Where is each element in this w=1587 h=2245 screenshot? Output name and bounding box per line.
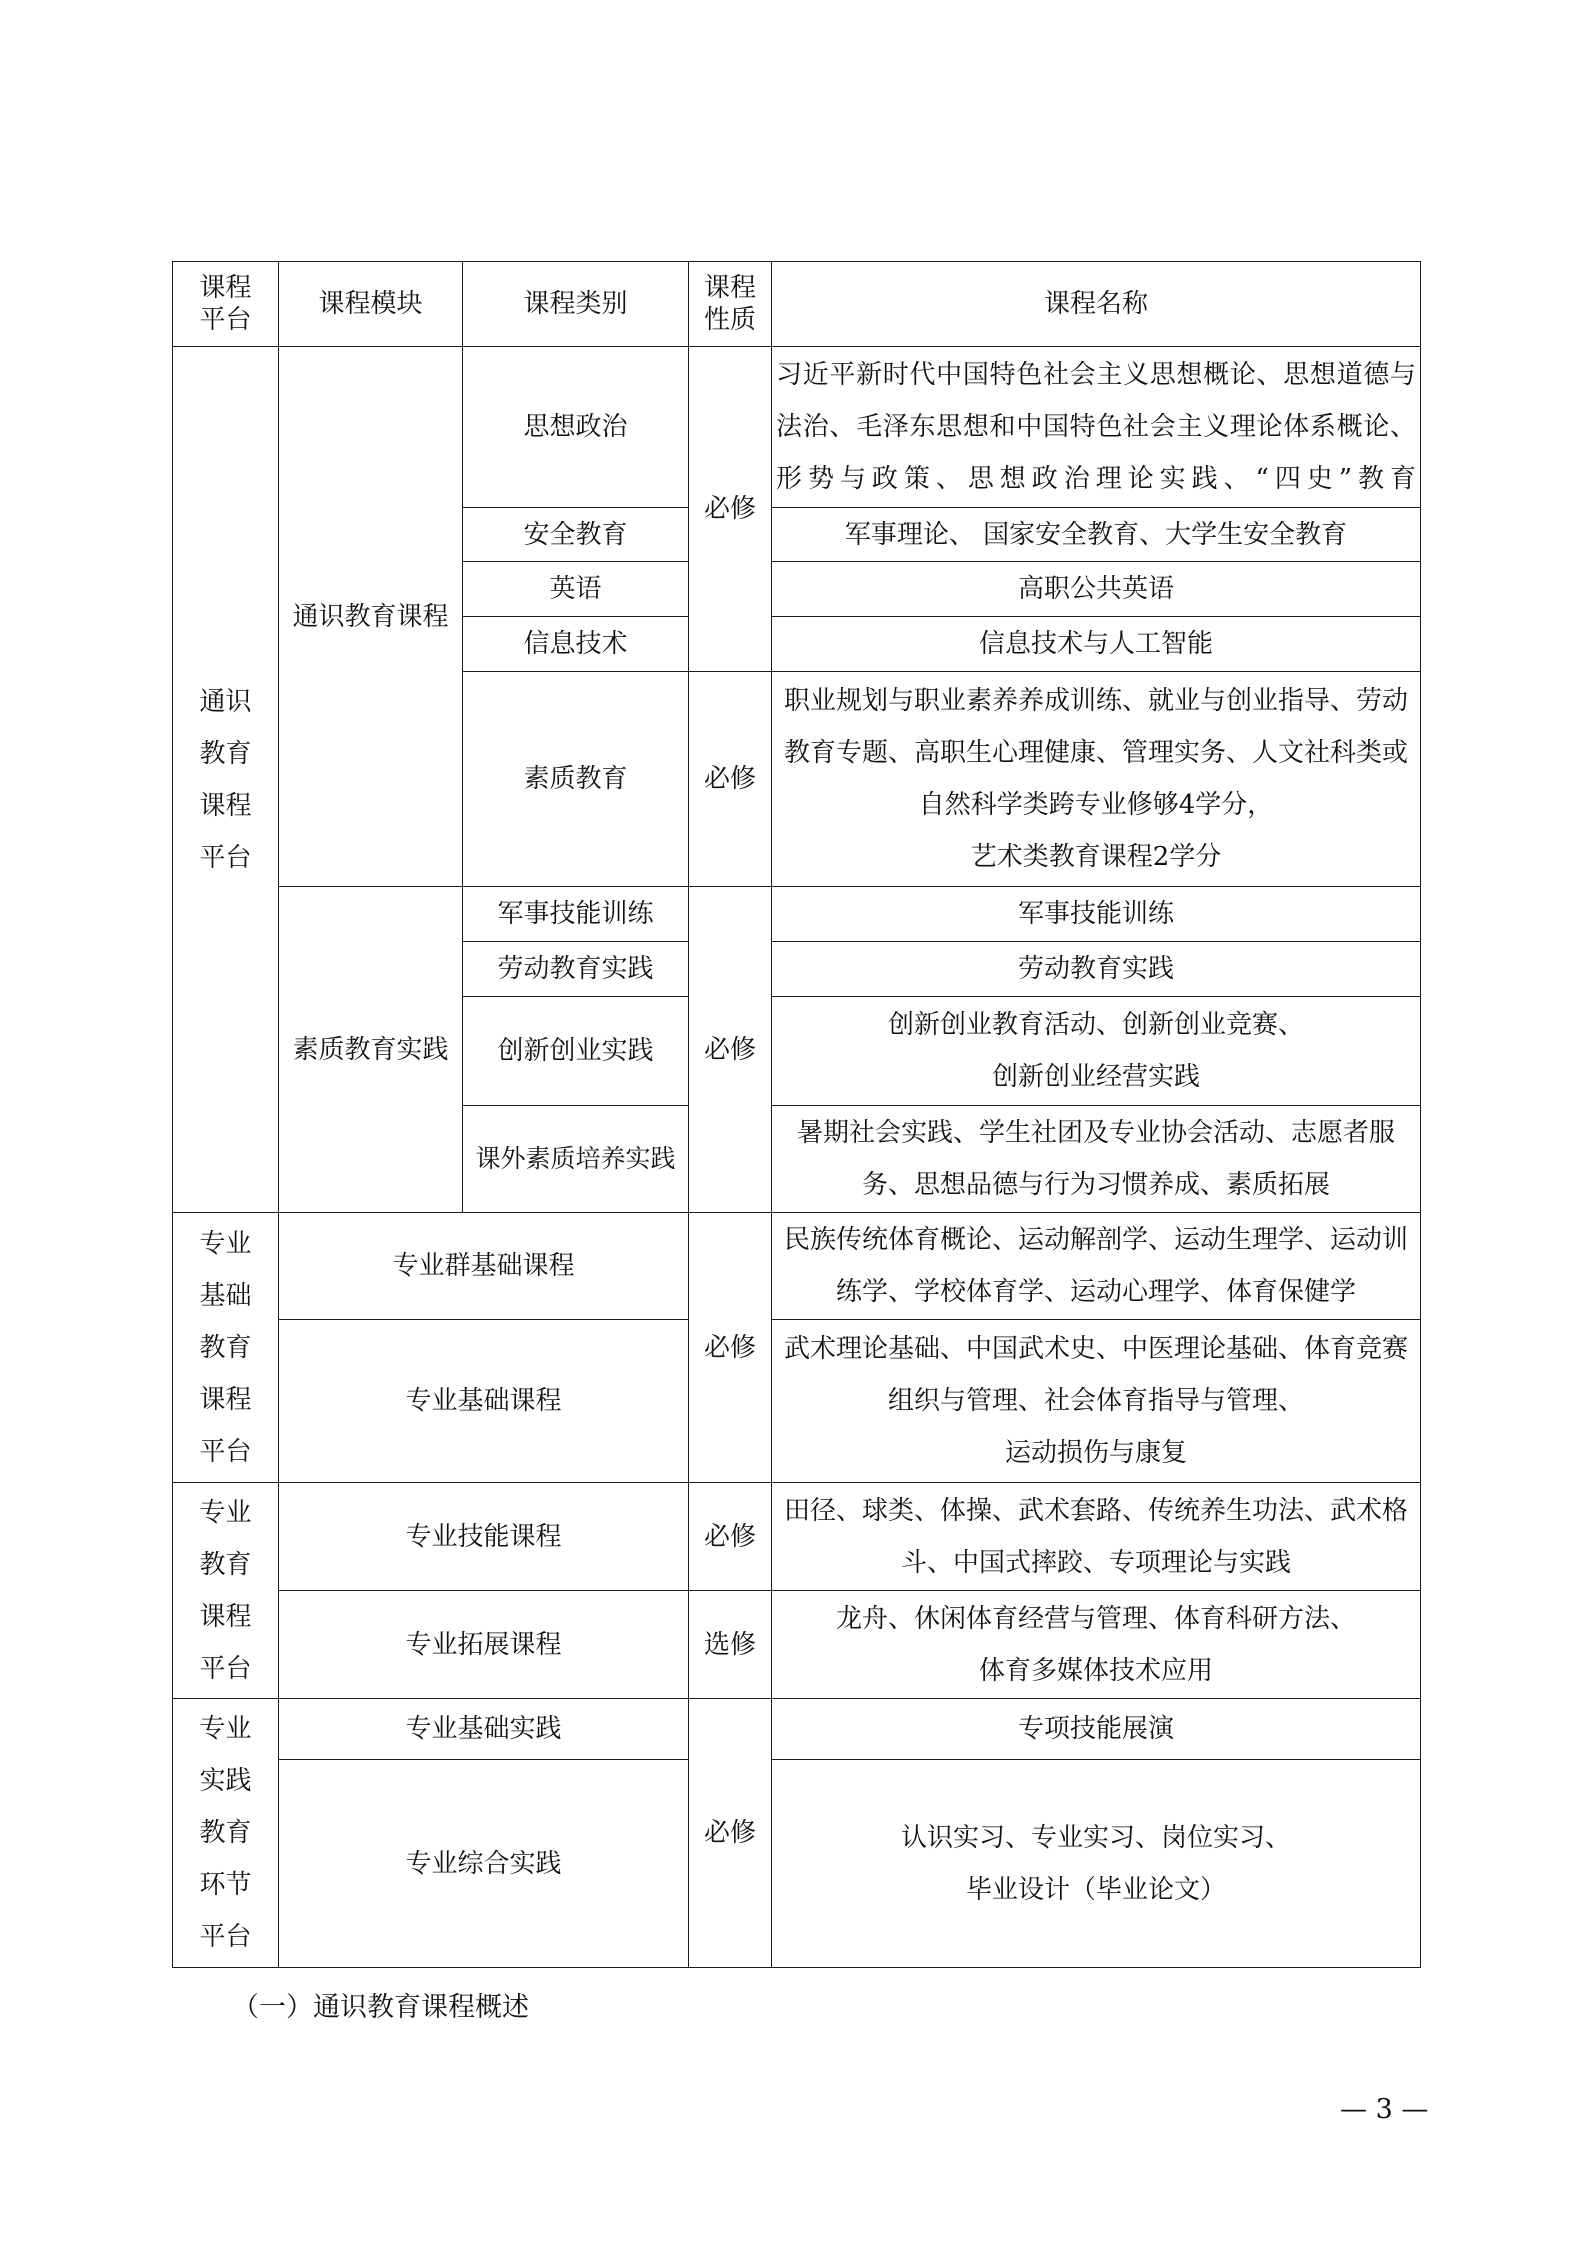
course-names-cell: 田径、球类、体操、武术套路、传统养生功法、武术格斗、中国式摔跤、专项理论与实践 [772,1483,1421,1591]
module-cell: 专业群基础课程 [279,1213,689,1320]
category-cell: 安全教育 [463,508,689,562]
course-names-cell: 信息技术与人工智能 [772,617,1421,672]
platform-cell: 通识 教育 课程 平台 [173,347,279,1213]
category-cell: 创新创业实践 [463,997,689,1106]
page-number: — 3 — [1340,2094,1428,2125]
header-row: 课程 平台 课程模块 课程类别 课程 性质 课程名称 [173,262,1421,347]
platform-cell: 专业 实践 教育 环节 平台 [173,1699,279,1968]
table-row: 素质教育实践 军事技能训练 必修 军事技能训练 [173,887,1421,942]
header-nature: 课程 性质 [689,262,772,347]
table-row: 专业 实践 教育 环节 平台 专业基础实践 必修 专项技能展演 [173,1699,1421,1760]
category-cell: 军事技能训练 [463,887,689,942]
course-names-cell: 专项技能展演 [772,1699,1421,1760]
category-cell: 信息技术 [463,617,689,672]
nature-cell: 必修 [689,1699,772,1968]
category-cell: 课外素质培养实践 [463,1106,689,1213]
table-row: 专业拓展课程 选修 龙舟、休闲体育经营与管理、体育科研方法、 体育多媒体技术应用 [173,1591,1421,1699]
platform-cell: 专业 基础 教育 课程 平台 [173,1213,279,1483]
nature-cell: 必修 [689,1483,772,1591]
course-names-cell: 暑期社会实践、学生社团及专业协会活动、志愿者服务、思想品德与行为习惯养成、素质拓… [772,1106,1421,1213]
table-row: 专业 教育 课程 平台 专业技能课程 必修 田径、球类、体操、武术套路、传统养生… [173,1483,1421,1591]
module-cell: 素质教育实践 [279,887,463,1213]
platform-cell: 专业 教育 课程 平台 [173,1483,279,1699]
course-names-cell: 高职公共英语 [772,562,1421,617]
header-category: 课程类别 [463,262,689,347]
module-cell: 专业技能课程 [279,1483,689,1591]
course-names-cell: 龙舟、休闲体育经营与管理、体育科研方法、 体育多媒体技术应用 [772,1591,1421,1699]
course-names-cell: 职业规划与职业素养养成训练、就业与创业指导、劳动教育专题、高职生心理健康、管理实… [772,672,1421,887]
nature-cell: 必修 [689,347,772,672]
course-names-cell: 军事技能训练 [772,887,1421,942]
category-cell: 劳动教育实践 [463,942,689,997]
table-row: 专业 基础 教育 课程 平台 专业群基础课程 必修 民族传统体育概论、运动解剖学… [173,1213,1421,1320]
category-cell: 思想政治 [463,347,689,508]
course-names-cell: 武术理论基础、中国武术史、中医理论基础、体育竞赛组织与管理、社会体育指导与管理、… [772,1320,1421,1483]
module-cell: 专业综合实践 [279,1760,689,1968]
section-heading: （一）通识教育课程概述 [232,1985,529,2024]
nature-cell: 必修 [689,672,772,887]
table-row: 通识 教育 课程 平台 通识教育课程 思想政治 必修 习近平新时代中国特色社会主… [173,347,1421,508]
course-names-cell: 习近平新时代中国特色社会主义思想概论、思想道德与法治、毛泽东思想和中国特色社会主… [772,347,1421,508]
header-platform: 课程 平台 [173,262,279,347]
course-names-cell: 认识实习、专业实习、岗位实习、 毕业设计（毕业论文） [772,1760,1421,1968]
course-names-cell: 劳动教育实践 [772,942,1421,997]
category-cell: 英语 [463,562,689,617]
module-cell: 通识教育课程 [279,347,463,887]
course-names-cell: 创新创业教育活动、创新创业竞赛、 创新创业经营实践 [772,997,1421,1106]
module-cell: 专业基础实践 [279,1699,689,1760]
header-module: 课程模块 [279,262,463,347]
header-names: 课程名称 [772,262,1421,347]
nature-cell: 必修 [689,1213,772,1483]
course-names-cell: 军事理论、 国家安全教育、大学生安全教育 [772,508,1421,562]
nature-cell: 必修 [689,887,772,1213]
table-row: 专业综合实践 认识实习、专业实习、岗位实习、 毕业设计（毕业论文） [173,1760,1421,1968]
nature-cell: 选修 [689,1591,772,1699]
module-cell: 专业基础课程 [279,1320,689,1483]
category-cell: 素质教育 [463,672,689,887]
table-row: 专业基础课程 武术理论基础、中国武术史、中医理论基础、体育竞赛组织与管理、社会体… [173,1320,1421,1483]
curriculum-table: 课程 平台 课程模块 课程类别 课程 性质 课程名称 通识 教育 课程 平台 通… [172,261,1421,1968]
course-names-cell: 民族传统体育概论、运动解剖学、运动生理学、运动训练学、学校体育学、运动心理学、体… [772,1213,1421,1320]
module-cell: 专业拓展课程 [279,1591,689,1699]
